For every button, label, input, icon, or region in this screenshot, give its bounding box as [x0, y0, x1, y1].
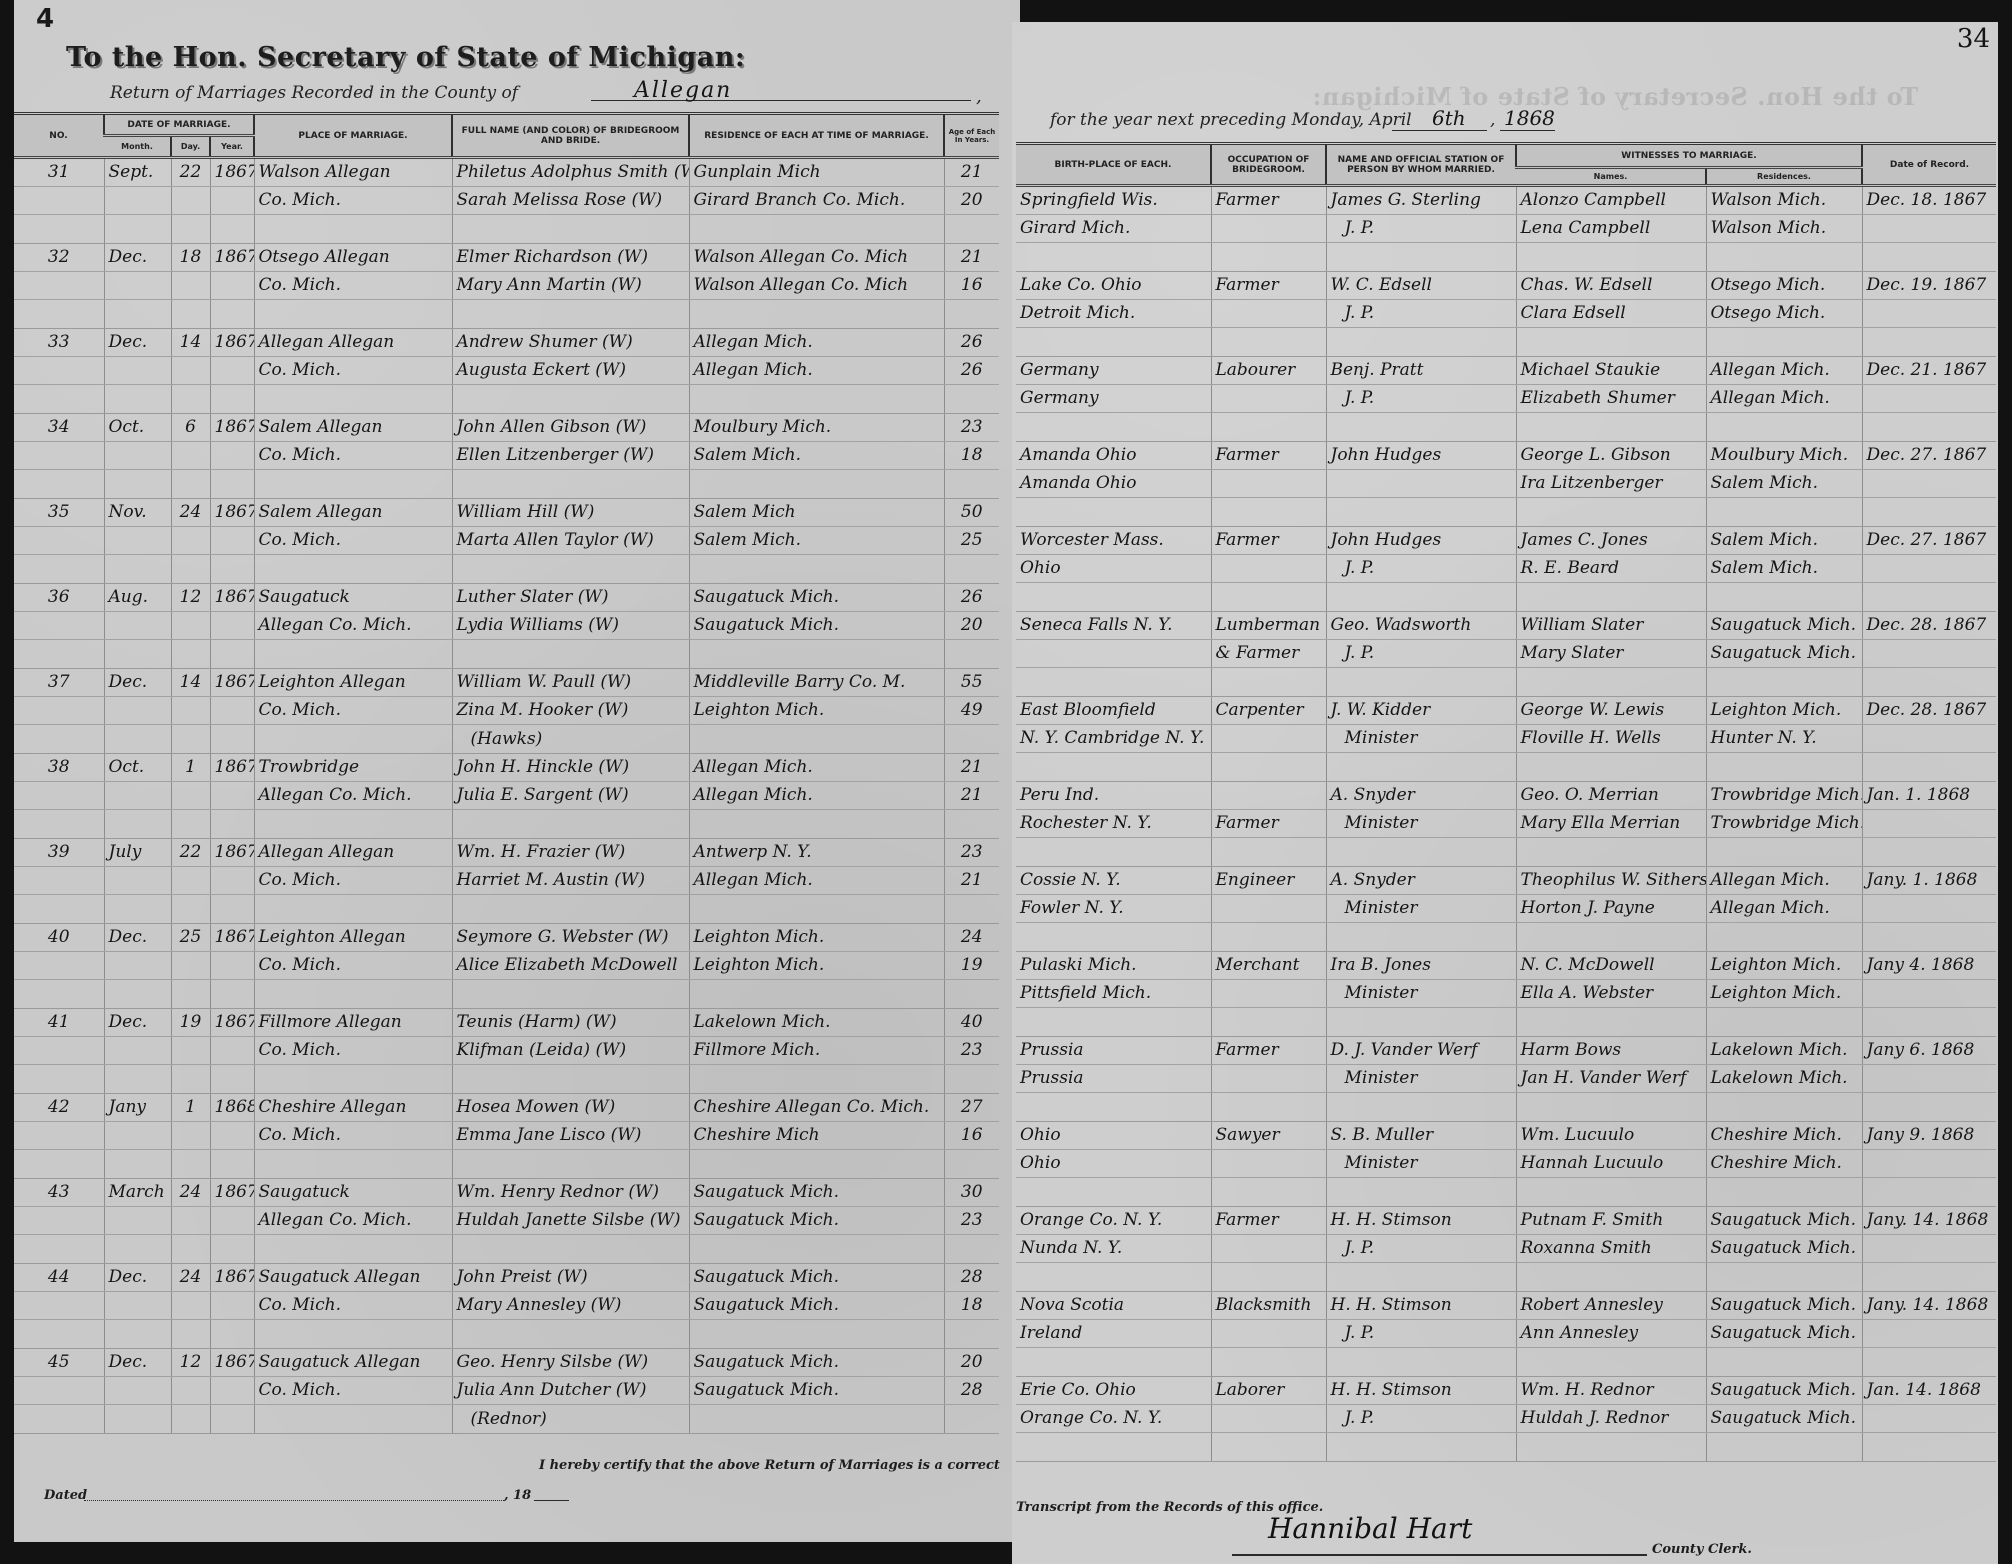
officiant-name: J. W. Kidder	[1326, 697, 1516, 725]
empty-cell	[104, 1065, 171, 1094]
empty-cell	[104, 470, 171, 499]
empty-cell	[689, 385, 944, 414]
witness-name: Geo. O. Merrian	[1516, 782, 1706, 810]
marriage-day: 24	[171, 1179, 210, 1207]
year-line: for the year next preceding Monday, Apri…	[1050, 110, 1412, 130]
bride-age: 18	[944, 1292, 999, 1320]
witness-residence: Allegan Mich.	[1706, 895, 1862, 923]
header-witnesses: Witnesses to Marriage.	[1516, 144, 1862, 168]
empty-cell	[254, 300, 452, 329]
empty-cell	[254, 725, 452, 754]
marriage-details-table: Birth-Place of Each. Occupation of Bride…	[1016, 142, 1996, 1462]
witness-name: Putnam F. Smith	[1516, 1207, 1706, 1235]
groom-age: 23	[944, 414, 999, 442]
groom-occupation: Engineer	[1211, 867, 1326, 895]
witness-residence: Saugatuck Mich.	[1706, 640, 1862, 668]
groom-birthplace: Ohio	[1016, 1122, 1211, 1150]
place-of-marriage-continued: Allegan Co. Mich.	[254, 612, 452, 640]
entry-number: 42	[14, 1094, 104, 1122]
witness-name: James C. Jones	[1516, 527, 1706, 555]
bride-name: Alice Elizabeth McDowell	[452, 952, 689, 980]
bride-name: Mary Annesley (W)	[452, 1292, 689, 1320]
groom-residence: Antwerp N. Y.	[689, 839, 944, 867]
table-row: Springfield Wis.FarmerJames G. SterlingA…	[1016, 186, 1996, 215]
empty-cell	[1326, 753, 1516, 782]
bride-age: 21	[944, 782, 999, 810]
groom-occupation	[1211, 782, 1326, 810]
header-date-of-record: Date of Record.	[1862, 144, 1996, 186]
empty-cell	[1326, 1433, 1516, 1462]
bride-age: 20	[944, 612, 999, 640]
table-row-spacer	[1016, 413, 1996, 442]
empty-cell	[1211, 1093, 1326, 1122]
date-of-record: Dec. 28. 1867	[1862, 697, 1996, 725]
date-of-record: Jany 9. 1868	[1862, 1122, 1996, 1150]
table-row-spacer	[1016, 753, 1996, 782]
table-row: OhioJ. P.R. E. BeardSalem Mich.	[1016, 555, 1996, 583]
bride-name: Klifman (Leida) (W)	[452, 1037, 689, 1065]
empty-cell	[171, 697, 210, 725]
empty-cell	[14, 810, 104, 839]
table-row-spacer	[1016, 583, 1996, 612]
empty-cell	[104, 1235, 171, 1264]
groom-birthplace: Nova Scotia	[1016, 1292, 1211, 1320]
witness-residence: Allegan Mich.	[1706, 385, 1862, 413]
empty-cell	[14, 442, 104, 470]
marriage-year: 1867	[210, 669, 254, 697]
marriage-year: 1867	[210, 924, 254, 952]
empty-cell	[1211, 838, 1326, 867]
table-row-spacer: (Hawks)	[14, 725, 999, 754]
empty-cell	[689, 215, 944, 244]
bride-name: Julia Ann Dutcher (W)	[452, 1377, 689, 1405]
empty-cell	[14, 300, 104, 329]
empty-cell	[1862, 583, 1996, 612]
empty-cell	[1706, 243, 1862, 272]
empty-cell	[1862, 810, 1996, 838]
groom-residence: Cheshire Allegan Co. Mich.	[689, 1094, 944, 1122]
entry-number: 36	[14, 584, 104, 612]
bride-residence: Leighton Mich.	[689, 952, 944, 980]
header-year: Year.	[210, 136, 254, 158]
marriage-year: 1867	[210, 158, 254, 187]
place-of-marriage: Salem Allegan	[254, 499, 452, 527]
groom-occupation: Farmer	[1211, 272, 1326, 300]
table-row: Allegan Co. Mich.Julia E. Sargent (W)All…	[14, 782, 999, 810]
table-row-spacer	[14, 555, 999, 584]
empty-cell	[14, 470, 104, 499]
bride-name: Lydia Williams (W)	[452, 612, 689, 640]
signature-line	[1232, 1554, 1647, 1556]
witness-name: Lena Campbell	[1516, 215, 1706, 243]
empty-cell	[1016, 413, 1211, 442]
empty-cell	[254, 640, 452, 669]
bride-birthplace: Prussia	[1016, 1065, 1211, 1093]
place-of-marriage-continued: Co. Mich.	[254, 187, 452, 215]
empty-cell	[104, 612, 171, 640]
empty-cell	[1706, 1008, 1862, 1037]
bride-name: Emma Jane Lisco (W)	[452, 1122, 689, 1150]
empty-cell	[104, 272, 171, 300]
witness-residence: Trowbridge Mich.	[1706, 810, 1862, 838]
empty-cell	[210, 1122, 254, 1150]
table-row: Detroit Mich.J. P.Clara EdsellOtsego Mic…	[1016, 300, 1996, 328]
empty-cell	[1862, 980, 1996, 1008]
table-row: Lake Co. OhioFarmerW. C. EdsellChas. W. …	[1016, 272, 1996, 300]
groom-age: 26	[944, 584, 999, 612]
subtitle-comma: ,	[976, 86, 982, 107]
occupation-continued	[1211, 895, 1326, 923]
empty-cell	[1516, 328, 1706, 357]
groom-birthplace: Orange Co. N. Y.	[1016, 1207, 1211, 1235]
maiden-name-note	[452, 555, 689, 584]
empty-cell	[14, 697, 104, 725]
marriage-month: Oct.	[104, 414, 171, 442]
witness-residence: Saugatuck Mich.	[1706, 1377, 1862, 1405]
empty-cell	[210, 640, 254, 669]
witness-residence: Leighton Mich.	[1706, 697, 1862, 725]
header-age: Age of Each In Years.	[944, 114, 999, 158]
clerk-title: County Clerk.	[1652, 1542, 1752, 1557]
groom-occupation: Lumberman	[1211, 612, 1326, 640]
empty-cell	[14, 1377, 104, 1405]
empty-cell	[171, 810, 210, 839]
bride-residence: Allegan Mich.	[689, 357, 944, 385]
empty-cell	[1862, 1405, 1996, 1433]
occupation-continued	[1211, 1235, 1326, 1263]
empty-cell	[104, 555, 171, 584]
empty-cell	[1706, 1178, 1862, 1207]
officiant-title: Minister	[1326, 895, 1516, 923]
empty-cell	[1016, 1348, 1211, 1377]
table-row-spacer	[1016, 498, 1996, 527]
header-no: No.	[14, 114, 104, 158]
witness-residence: Salem Mich.	[1706, 527, 1862, 555]
empty-cell	[1706, 498, 1862, 527]
table-row: 33Dec.141867Allegan AlleganAndrew Shumer…	[14, 329, 999, 357]
groom-residence: Saugatuck Mich.	[689, 1349, 944, 1377]
table-row: IrelandJ. P.Ann AnnesleySaugatuck Mich.	[1016, 1320, 1996, 1348]
groom-age: 26	[944, 329, 999, 357]
empty-cell	[171, 782, 210, 810]
empty-cell	[254, 1320, 452, 1349]
officiant-title: J. P.	[1326, 385, 1516, 413]
empty-cell	[1516, 1433, 1706, 1462]
marriage-detail-entries: Springfield Wis.FarmerJames G. SterlingA…	[1016, 186, 1996, 1462]
table-row-spacer	[1016, 1263, 1996, 1292]
empty-cell	[1706, 753, 1862, 782]
empty-cell	[210, 272, 254, 300]
empty-cell	[1516, 923, 1706, 952]
empty-cell	[1211, 668, 1326, 697]
empty-cell	[689, 810, 944, 839]
witness-name: George W. Lewis	[1516, 697, 1706, 725]
table-row: 39July221867Allegan AlleganWm. H. Frazie…	[14, 839, 999, 867]
table-row: 31Sept.221867Walson AlleganPhiletus Adol…	[14, 158, 999, 187]
witness-name: Ann Annesley	[1516, 1320, 1706, 1348]
maiden-name-note	[452, 640, 689, 669]
groom-age: 28	[944, 1264, 999, 1292]
empty-cell	[944, 640, 999, 669]
bride-age: 28	[944, 1377, 999, 1405]
empty-cell	[1211, 1178, 1326, 1207]
marriage-day: 22	[171, 839, 210, 867]
table-row: GermanyLabourerBenj. PrattMichael Stauki…	[1016, 357, 1996, 385]
officiant-name: D. J. Vander Werf	[1326, 1037, 1516, 1065]
occupation-continued	[1211, 215, 1326, 243]
empty-cell	[689, 1150, 944, 1179]
groom-age: 21	[944, 158, 999, 187]
groom-name: William Hill (W)	[452, 499, 689, 527]
groom-residence: Gunplain Mich	[689, 158, 944, 187]
empty-cell	[1706, 1433, 1862, 1462]
marriage-day: 12	[171, 1349, 210, 1377]
empty-cell	[944, 1320, 999, 1349]
witness-name: N. C. McDowell	[1516, 952, 1706, 980]
entry-number: 35	[14, 499, 104, 527]
empty-cell	[104, 385, 171, 414]
bride-residence: Saugatuck Mich.	[689, 1292, 944, 1320]
bride-residence: Allegan Mich.	[689, 782, 944, 810]
date-of-record: Jany 6. 1868	[1862, 1037, 1996, 1065]
empty-cell	[171, 385, 210, 414]
witness-residence: Saugatuck Mich.	[1706, 1207, 1862, 1235]
groom-birthplace: Lake Co. Ohio	[1016, 272, 1211, 300]
bride-residence: Fillmore Mich.	[689, 1037, 944, 1065]
empty-cell	[1706, 1263, 1862, 1292]
groom-age: 40	[944, 1009, 999, 1037]
marriage-entries: 31Sept.221867Walson AlleganPhiletus Adol…	[14, 158, 999, 1434]
bride-age: 25	[944, 527, 999, 555]
entry-number: 45	[14, 1349, 104, 1377]
empty-cell	[14, 612, 104, 640]
groom-name: John H. Hinckle (W)	[452, 754, 689, 782]
witness-residence: Otsego Mich.	[1706, 272, 1862, 300]
table-row: Rochester N. Y.FarmerMinisterMary Ella M…	[1016, 810, 1996, 838]
empty-cell	[1862, 328, 1996, 357]
groom-birthplace: Pulaski Mich.	[1016, 952, 1211, 980]
table-row: 43March241867SaugatuckWm. Henry Rednor (…	[14, 1179, 999, 1207]
empty-cell	[104, 215, 171, 244]
bride-name: Ellen Litzenberger (W)	[452, 442, 689, 470]
empty-cell	[944, 980, 999, 1009]
witness-name: Wm. H. Rednor	[1516, 1377, 1706, 1405]
bride-birthplace	[1016, 640, 1211, 668]
empty-cell	[944, 1405, 999, 1434]
dated-year-prefix: , 18	[504, 1488, 531, 1503]
marriage-month: Aug.	[104, 584, 171, 612]
empty-cell	[210, 555, 254, 584]
officiant-title: Minister	[1326, 980, 1516, 1008]
empty-cell	[689, 300, 944, 329]
bleed-through-title: To the Hon. Secretary of State of Michig…	[1312, 82, 1918, 111]
empty-cell	[171, 1122, 210, 1150]
bride-name: Mary Ann Martin (W)	[452, 272, 689, 300]
empty-cell	[171, 1405, 210, 1434]
empty-cell	[689, 1320, 944, 1349]
witness-residence: Salem Mich.	[1706, 470, 1862, 498]
table-row-spacer	[1016, 923, 1996, 952]
empty-cell	[210, 442, 254, 470]
witness-residence: Saugatuck Mich.	[1706, 1235, 1862, 1263]
groom-birthplace: Peru Ind.	[1016, 782, 1211, 810]
marriage-day: 1	[171, 754, 210, 782]
groom-birthplace: Springfield Wis.	[1016, 186, 1211, 215]
empty-cell	[210, 952, 254, 980]
witness-residence: Leighton Mich.	[1706, 952, 1862, 980]
empty-cell	[14, 357, 104, 385]
place-of-marriage: Otsego Allegan	[254, 244, 452, 272]
entry-number: 37	[14, 669, 104, 697]
empty-cell	[1516, 413, 1706, 442]
empty-cell	[171, 895, 210, 924]
table-row: Co. Mich.Ellen Litzenberger (W)Salem Mic…	[14, 442, 999, 470]
empty-cell	[689, 1065, 944, 1094]
table-row-spacer	[14, 385, 999, 414]
marriage-day: 14	[171, 329, 210, 357]
empty-cell	[104, 867, 171, 895]
entry-number: 44	[14, 1264, 104, 1292]
empty-cell	[1862, 1008, 1996, 1037]
witness-residence: Lakelown Mich.	[1706, 1037, 1862, 1065]
empty-cell	[104, 697, 171, 725]
groom-occupation: Labourer	[1211, 357, 1326, 385]
entry-number: 31	[14, 158, 104, 187]
marriage-day: 1	[171, 1094, 210, 1122]
empty-cell	[14, 272, 104, 300]
empty-cell	[1516, 1008, 1706, 1037]
groom-name: Wm. H. Frazier (W)	[452, 839, 689, 867]
marriage-month: Sept.	[104, 158, 171, 187]
empty-cell	[14, 1320, 104, 1349]
date-of-record: Jany. 14. 1868	[1862, 1292, 1996, 1320]
table-row-spacer	[14, 640, 999, 669]
empty-cell	[104, 300, 171, 329]
table-row: PrussiaFarmerD. J. Vander WerfHarm BowsL…	[1016, 1037, 1996, 1065]
table-row: Amanda OhioFarmerJohn HudgesGeorge L. Gi…	[1016, 442, 1996, 470]
marriage-month: Jany	[104, 1094, 171, 1122]
page-number-right: 34	[1957, 24, 1990, 54]
officiant-name: H. H. Stimson	[1326, 1292, 1516, 1320]
place-of-marriage-continued: Allegan Co. Mich.	[254, 1207, 452, 1235]
empty-cell	[944, 725, 999, 754]
bride-birthplace: Ohio	[1016, 555, 1211, 583]
return-subtitle: Return of Marriages Recorded in the Coun…	[110, 83, 518, 103]
empty-cell	[14, 1235, 104, 1264]
witness-residence: Walson Mich.	[1706, 215, 1862, 243]
bride-residence: Saugatuck Mich.	[689, 1377, 944, 1405]
empty-cell	[1706, 413, 1862, 442]
empty-cell	[944, 1235, 999, 1264]
table-row: Cossie N. Y.EngineerA. SnyderTheophilus …	[1016, 867, 1996, 895]
empty-cell	[254, 895, 452, 924]
empty-cell	[689, 555, 944, 584]
empty-cell	[1862, 1065, 1996, 1093]
officiant-name: S. B. Muller	[1326, 1122, 1516, 1150]
place-of-marriage: Leighton Allegan	[254, 924, 452, 952]
marriage-year: 1867	[210, 244, 254, 272]
empty-cell	[1862, 470, 1996, 498]
table-row: Erie Co. OhioLaborerH. H. StimsonWm. H. …	[1016, 1377, 1996, 1405]
empty-cell	[1516, 583, 1706, 612]
empty-cell	[14, 527, 104, 555]
empty-cell	[1706, 1093, 1862, 1122]
empty-cell	[944, 385, 999, 414]
groom-name: Elmer Richardson (W)	[452, 244, 689, 272]
marriage-month: Dec.	[104, 1264, 171, 1292]
groom-age: 30	[944, 1179, 999, 1207]
table-row-spacer	[1016, 1433, 1996, 1462]
empty-cell	[1016, 1093, 1211, 1122]
place-of-marriage: Fillmore Allegan	[254, 1009, 452, 1037]
empty-cell	[171, 555, 210, 584]
empty-cell	[171, 357, 210, 385]
groom-age: 55	[944, 669, 999, 697]
table-row: Girard Mich.J. P.Lena CampbellWalson Mic…	[1016, 215, 1996, 243]
groom-name: Andrew Shumer (W)	[452, 329, 689, 357]
table-row: 44Dec.241867Saugatuck AlleganJohn Preist…	[14, 1264, 999, 1292]
empty-cell	[1862, 725, 1996, 753]
place-of-marriage-continued: Co. Mich.	[254, 442, 452, 470]
bride-age: 20	[944, 187, 999, 215]
empty-cell	[254, 1065, 452, 1094]
occupation-continued	[1211, 300, 1326, 328]
empty-cell	[104, 810, 171, 839]
witness-residence: Hunter N. Y.	[1706, 725, 1862, 753]
officiant-name: Geo. Wadsworth	[1326, 612, 1516, 640]
empty-cell	[1326, 328, 1516, 357]
marriage-day: 12	[171, 584, 210, 612]
groom-occupation: Sawyer	[1211, 1122, 1326, 1150]
table-row: & FarmerJ. P.Mary SlaterSaugatuck Mich.	[1016, 640, 1996, 668]
bride-birthplace: Amanda Ohio	[1016, 470, 1211, 498]
occupation-continued	[1211, 385, 1326, 413]
witness-residence: Leighton Mich.	[1706, 980, 1862, 1008]
bride-age: 16	[944, 272, 999, 300]
dated-year-fill-line	[534, 1500, 569, 1501]
empty-cell	[1326, 243, 1516, 272]
table-row: Co. Mich.Mary Annesley (W)Saugatuck Mich…	[14, 1292, 999, 1320]
empty-cell	[210, 725, 254, 754]
empty-cell	[14, 555, 104, 584]
witness-residence: Cheshire Mich.	[1706, 1150, 1862, 1178]
witness-name: Clara Edsell	[1516, 300, 1706, 328]
witness-name: Mary Slater	[1516, 640, 1706, 668]
subtitle-text: Return of Marriages Recorded in the Coun…	[110, 83, 518, 103]
day-value: 6th	[1432, 106, 1466, 130]
groom-name: John Preist (W)	[452, 1264, 689, 1292]
empty-cell	[1862, 753, 1996, 782]
maiden-name-note: (Hawks)	[452, 725, 689, 754]
empty-cell	[210, 697, 254, 725]
groom-age: 27	[944, 1094, 999, 1122]
empty-cell	[171, 1037, 210, 1065]
empty-cell	[171, 980, 210, 1009]
officiant-name: John Hudges	[1326, 442, 1516, 470]
empty-cell	[104, 1037, 171, 1065]
empty-cell	[1211, 1008, 1326, 1037]
empty-cell	[1016, 923, 1211, 952]
bride-birthplace: Germany	[1016, 385, 1211, 413]
empty-cell	[1016, 1263, 1211, 1292]
county-name: Allegan	[634, 78, 732, 103]
empty-cell	[1706, 1348, 1862, 1377]
marriage-month: March	[104, 1179, 171, 1207]
table-row: 36Aug.121867SaugatuckLuther Slater (W)Sa…	[14, 584, 999, 612]
empty-cell	[1326, 583, 1516, 612]
groom-residence: Salem Mich	[689, 499, 944, 527]
empty-cell	[104, 980, 171, 1009]
